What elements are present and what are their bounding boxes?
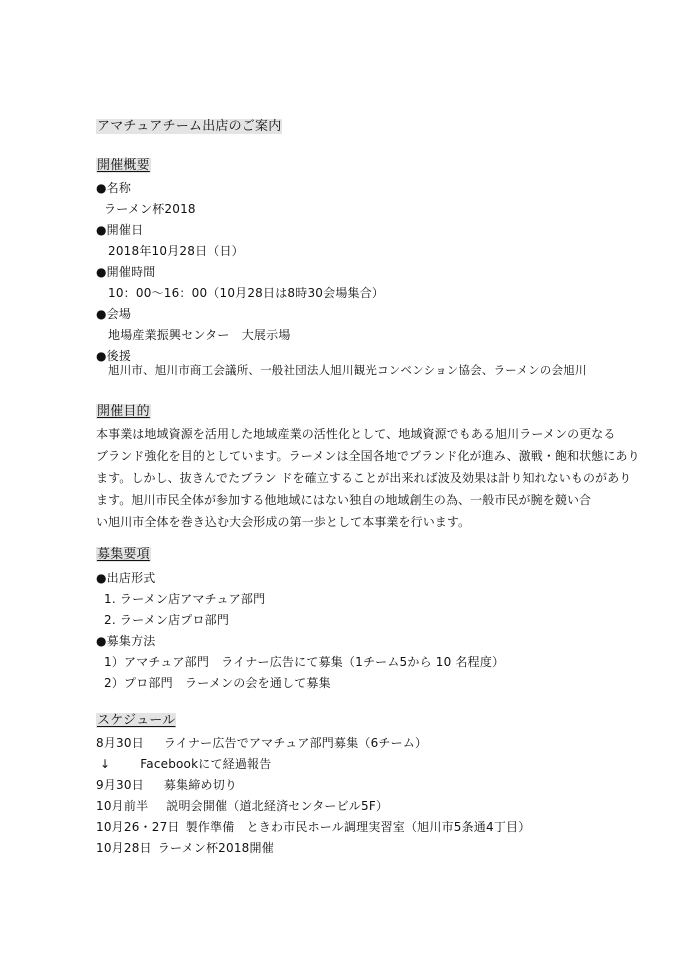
schedule-date: 10月前半 (96, 799, 148, 813)
schedule-entry: 10月28日ラーメン杯2018開催 (96, 840, 274, 856)
schedule-entry: 10月26・27日製作準備 ときわ市民ホール調理実習室（旭川市5条通4丁目） (96, 819, 530, 835)
schedule-heading: スケジュール (96, 713, 176, 728)
purpose-line: ます。旭川市民全体が参加する他地域にはない独自の地域創生の為、一般市民が腕を競い… (96, 489, 596, 511)
purpose-line: ブランド強化を目的としています。ラーメンは全国各地でブランド化が進み、激戦・飽和… (96, 445, 596, 467)
schedule-event: Facebookにて経過報告 (140, 757, 271, 771)
schedule-date: 9月30日 (96, 778, 144, 792)
schedule-date: 10月28日 (96, 841, 152, 855)
schedule-event: ラーメン杯2018開催 (158, 841, 274, 855)
document-title: アマチュアチーム出店のご案内 (96, 119, 282, 134)
recruitment-format-item: 2. ラーメン店プロ部門 (104, 612, 229, 628)
overview-heading: 開催概要 (96, 158, 151, 173)
recruitment-format-item: 1. ラーメン店アマチュア部門 (104, 591, 265, 607)
purpose-line: い旭川市全体を巻き込む大会形成の第一歩として本事業を行います。 (96, 511, 596, 533)
overview-value-time: 10：00〜16：00（10月28日は8時30会場集合） (108, 285, 384, 301)
overview-value-venue: 地場産業振興センター 大展示場 (108, 327, 291, 343)
schedule-arrow: ↓ (96, 757, 110, 771)
recruitment-heading-row: 募集要項 (96, 546, 151, 563)
overview-label-time: ●開催時間 (96, 264, 155, 280)
overview-heading-row: 開催概要 (96, 157, 151, 174)
purpose-line: ます。しかし、抜きんでたブラン ドを確立することが出来れば波及効果は計り知れない… (96, 467, 596, 489)
schedule-event: 製作準備 ときわ市民ホール調理実習室（旭川市5条通4丁目） (186, 820, 531, 834)
purpose-paragraph: 本事業は地域資源を活用した地域産業の活性化として、地域資源でもある旭川ラーメンの… (96, 423, 596, 533)
overview-value-sponsor: 旭川市、旭川市商工会議所、一般社団法人旭川観光コンベンション協会、ラーメンの会旭… (108, 361, 587, 379)
schedule-entry: ↓Facebookにて経過報告 (96, 756, 271, 772)
schedule-date: 10月26・27日 (96, 820, 180, 834)
document-page: アマチュアチーム出店のご案内 開催概要 ●名称 ラーメン杯2018 ●開催日 2… (0, 0, 679, 960)
overview-label-date: ●開催日 (96, 222, 143, 238)
overview-value-name: ラーメン杯2018 (104, 201, 196, 217)
schedule-event: 説明会開催（道北経済センタービル5F） (166, 799, 388, 813)
document-title-row: アマチュアチーム出店のご案内 (96, 118, 282, 135)
recruitment-method-item: 1）アマチュア部門 ライナー広告にて募集（1チーム5から 10 名程度） (104, 654, 504, 670)
schedule-date: 8月30日 (96, 736, 144, 750)
overview-label-name: ●名称 (96, 180, 131, 196)
purpose-line: 本事業は地域資源を活用した地域産業の活性化として、地域資源でもある旭川ラーメンの… (96, 423, 596, 445)
schedule-entry: 8月30日ライナー広告でアマチュア部門募集（6チーム） (96, 735, 427, 751)
recruitment-heading: 募集要項 (96, 547, 151, 562)
recruitment-format-label: ●出店形式 (96, 570, 155, 586)
overview-label-venue: ●会場 (96, 306, 131, 322)
schedule-entry: 10月前半説明会開催（道北経済センタービル5F） (96, 798, 388, 814)
schedule-event: ライナー広告でアマチュア部門募集（6チーム） (164, 736, 427, 750)
schedule-event: 募集締め切り (164, 778, 237, 792)
purpose-heading: 開催目的 (96, 404, 151, 419)
schedule-heading-row: スケジュール (96, 712, 176, 729)
purpose-heading-row: 開催目的 (96, 403, 151, 420)
schedule-entry: 9月30日募集締め切り (96, 777, 237, 793)
recruitment-method-label: ●募集方法 (96, 633, 155, 649)
overview-value-date: 2018年10月28日（日） (108, 243, 244, 259)
recruitment-method-item: 2）プロ部門 ラーメンの会を通して募集 (104, 675, 331, 691)
